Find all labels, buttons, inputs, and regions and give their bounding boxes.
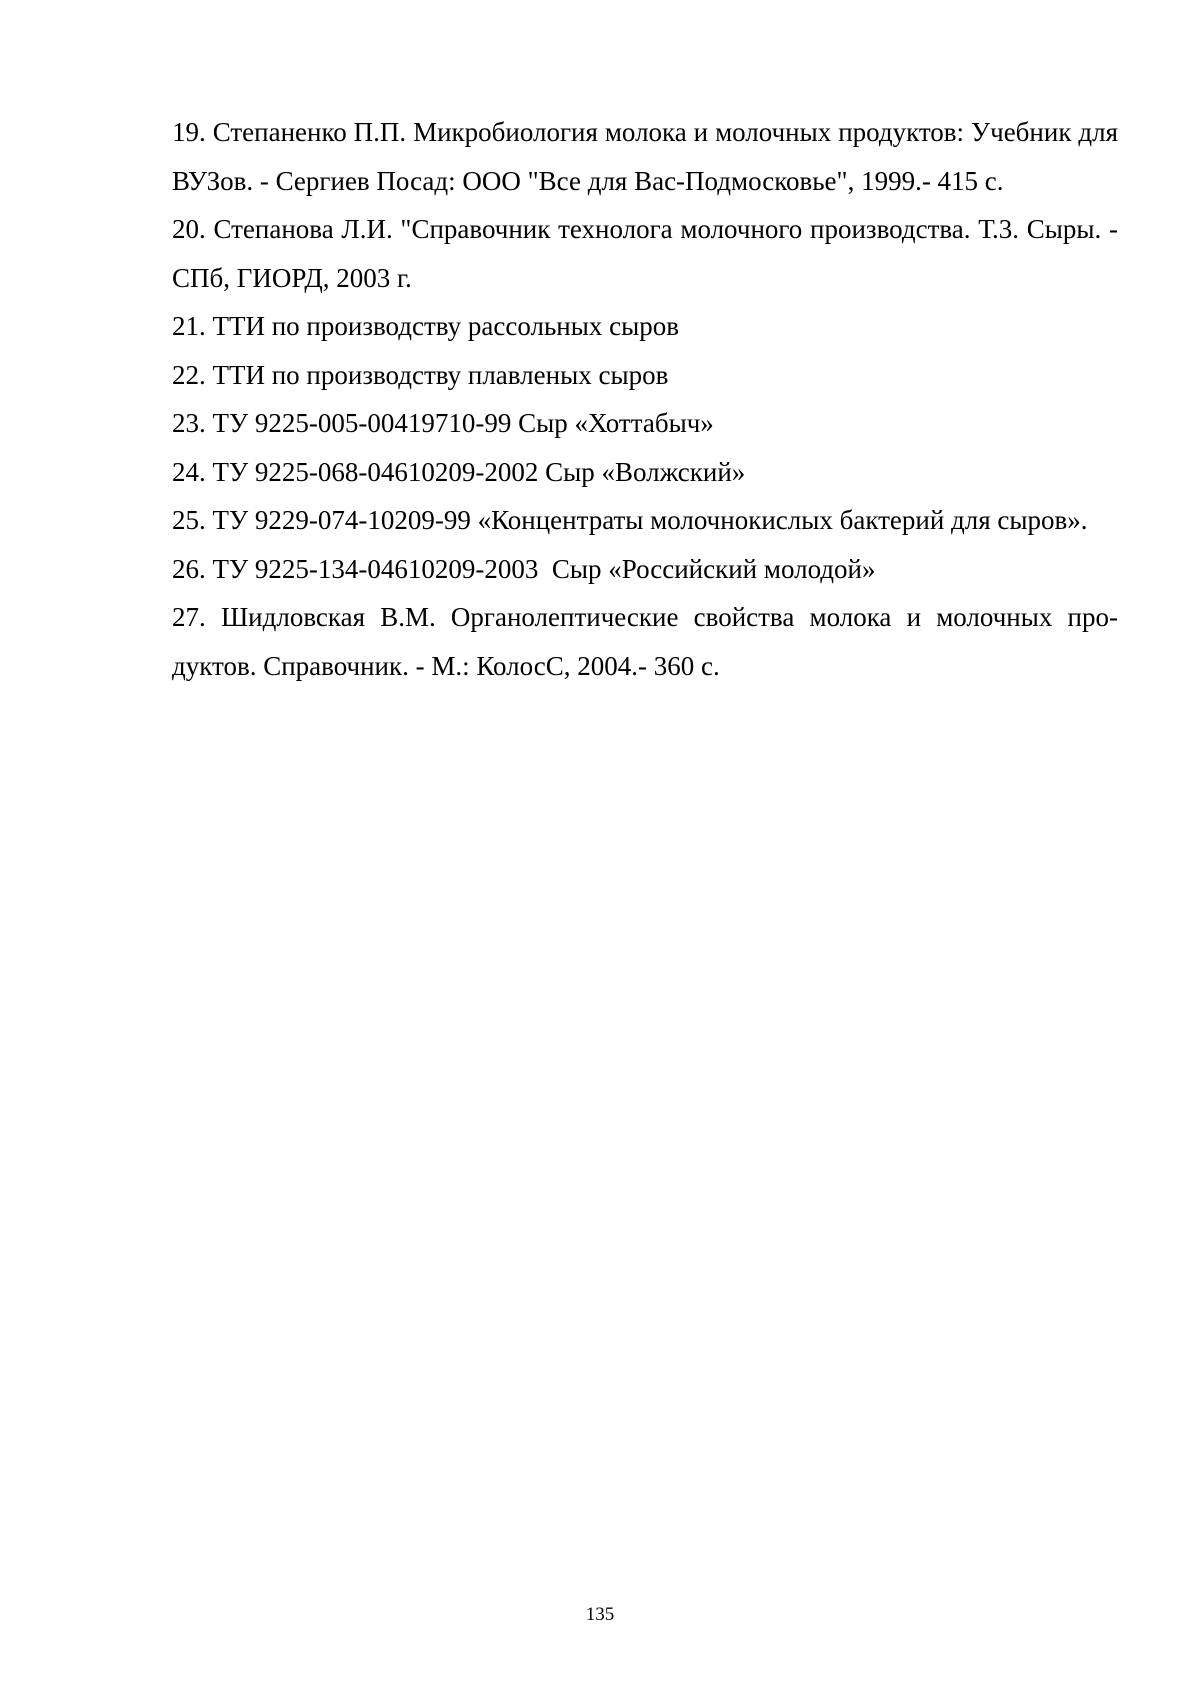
reference-text: ТТИ по производству плавленых сыров <box>213 360 669 390</box>
reference-text: ТУ 9225-134-04610209-2003 Сыр «Российски… <box>213 554 876 584</box>
reference-text: ТУ 9225-068-04610209-2002 Сыр «Волжский» <box>213 457 746 487</box>
reference-number: 23. <box>172 408 206 438</box>
reference-item-27: 27. Шидловская В.М. Органолептические св… <box>172 593 1118 690</box>
page-number: 135 <box>0 1604 1200 1626</box>
reference-number: 24. <box>172 457 206 487</box>
reference-number: 21. <box>172 311 206 341</box>
reference-number: 20. <box>172 214 206 244</box>
reference-item-19: 19. Степаненко П.П. Микробиология молока… <box>172 108 1118 205</box>
reference-item-25: 25. ТУ 9229-074-10209-99 «Концентраты мо… <box>172 496 1118 545</box>
reference-item-21: 21. ТТИ по производству рассольных сыров <box>172 302 1118 351</box>
reference-item-20: 20. Степанова Л.И. "Справочник технолога… <box>172 205 1118 302</box>
reference-number: 26. <box>172 554 206 584</box>
reference-number: 19. <box>172 117 206 147</box>
reference-text: Степаненко П.П. Микробиология молока и м… <box>172 117 1118 196</box>
reference-number: 27. <box>172 602 206 632</box>
reference-number: 25. <box>172 505 206 535</box>
reference-item-23: 23. ТУ 9225-005-00419710-99 Сыр «Хоттабы… <box>172 399 1118 448</box>
reference-item-26: 26. ТУ 9225-134-04610209-2003 Сыр «Росси… <box>172 545 1118 594</box>
reference-text: ТУ 9225-005-00419710-99 Сыр «Хоттабыч» <box>213 408 714 438</box>
reference-text: Шидловская В.М. Органолептические свойст… <box>172 602 1118 681</box>
reference-item-22: 22. ТТИ по производству плавленых сыров <box>172 351 1118 400</box>
reference-list: 19. Степаненко П.П. Микробиология молока… <box>172 108 1118 690</box>
reference-item-24: 24. ТУ 9225-068-04610209-2002 Сыр «Волжс… <box>172 448 1118 497</box>
reference-text: Степанова Л.И. "Справочник технолога мол… <box>172 214 1118 293</box>
reference-text: ТУ 9229-074-10209-99 «Концентраты молочн… <box>213 505 1088 535</box>
reference-text: ТТИ по производству рассольных сыров <box>213 311 679 341</box>
reference-number: 22. <box>172 360 206 390</box>
